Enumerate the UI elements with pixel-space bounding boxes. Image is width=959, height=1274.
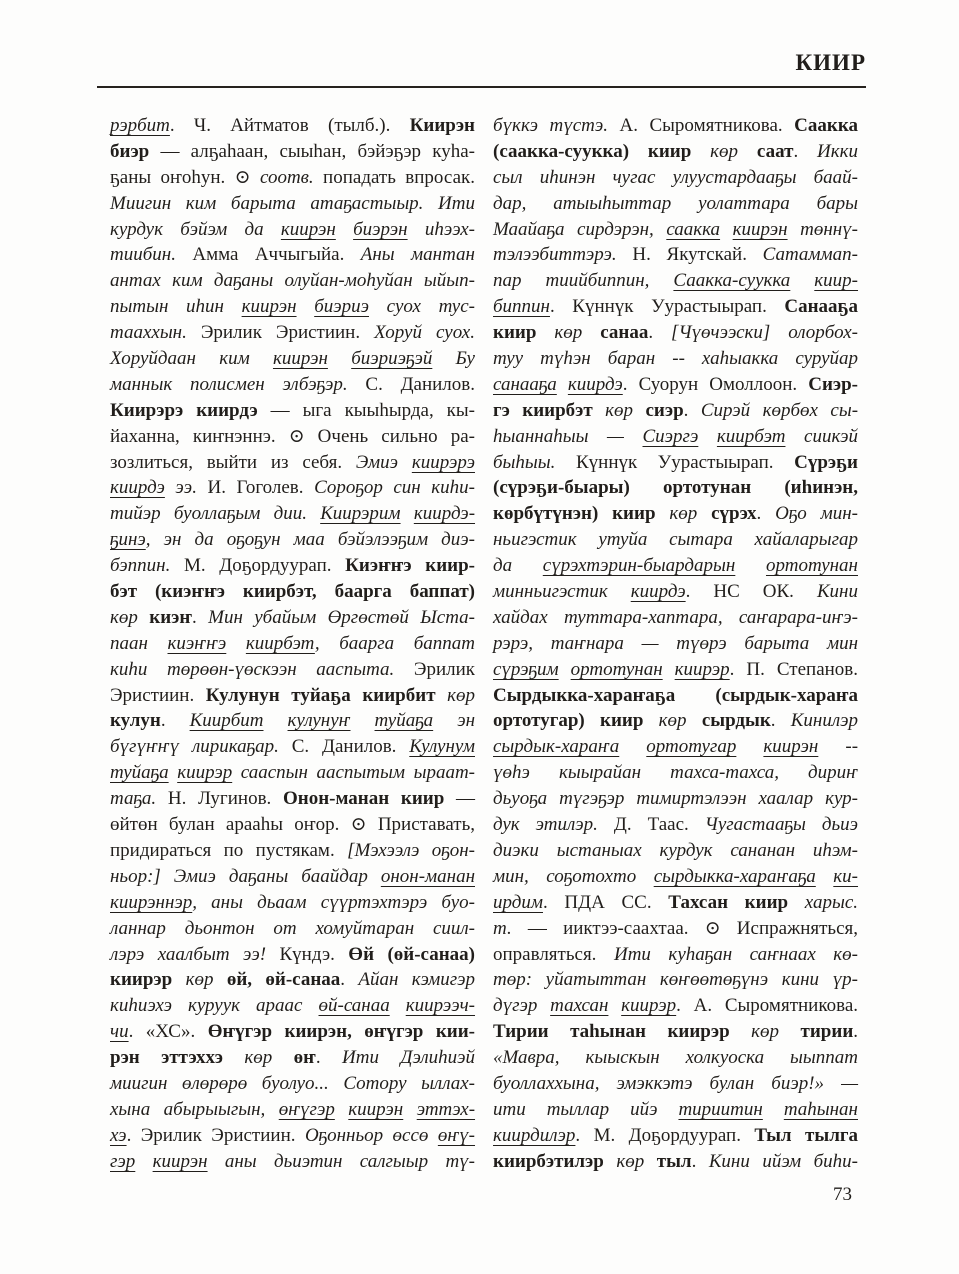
text-segment-r: . — [757, 503, 776, 524]
text-segment-r: . — [340, 969, 358, 990]
text-segment-u: өй-санаа — [319, 995, 390, 1016]
text-segment-u: киирэннэр — [110, 892, 192, 913]
text-line: хэ. Эрилик Эристиин. Оҕонньор өссө өҥү- — [110, 1123, 475, 1149]
text-segment-i: Ити куһаҕан саҥнаах кө- — [614, 944, 858, 965]
text-segment-r — [656, 503, 670, 524]
text-segment-i: лэрэ хаалбыт ээ! — [110, 944, 266, 965]
text-segment-i: Оҕонньор өссө — [305, 1125, 438, 1146]
text-segment-r: Амма Аччыгыйа. — [176, 244, 361, 265]
text-line: биэр — алҕаһаан, сыыһан, бэйэҕэр куһа- — [110, 139, 475, 165]
text-segment-u: саакка — [666, 219, 720, 240]
text-line: төр: уйатыттан көҥөөтөҕүнэ кини үр- — [493, 967, 858, 993]
text-line: гэр киирэн аны дьиэтин салгыыр тү- — [110, 1149, 475, 1175]
text-segment-b: өй, өй-санаа — [227, 969, 340, 990]
text-segment-u: биэриэҕэй — [351, 348, 432, 369]
text-column-left: рэрбит. Ч. Айтматов (тылб.). Киирэнбиэр … — [110, 113, 475, 1175]
text-line: тийэр буоллаҕым дии. Киирэрим киирдэ- — [110, 501, 475, 527]
text-segment-u: Сиэргэ — [643, 426, 699, 447]
text-segment-i: курдук бэйэм да — [110, 219, 281, 240]
text-segment-r: Эрилик — [394, 659, 475, 680]
text-segment-b: кулун — [110, 710, 161, 731]
text-segment-u: таһынан — [784, 1099, 858, 1120]
text-column-right: бүккэ түстэ. А. Сыромятникова. Саакка(са… — [493, 113, 858, 1175]
text-line: рэрэ, таҥнара — түөрэ барыта мин — [493, 631, 858, 657]
text-segment-i — [328, 348, 351, 369]
text-segment-r: С. Данилов. — [348, 374, 475, 395]
text-segment-b: Өҥүгэр киирэн, өҥүгэр кии- — [208, 1021, 475, 1042]
text-segment-r: зозлиться, выйти из себя. — [110, 452, 356, 473]
text-segment-u: ҕинэ — [110, 529, 146, 550]
text-line: паан киэҥҥэ киирбэт, баарга баппат — [110, 631, 475, 657]
text-segment-r: Н. Якутскай. — [617, 244, 763, 265]
text-line: киирдилэр. М. Доҕордуурап. Тыл тылга — [493, 1123, 858, 1149]
text-segment-i: Чугастааҕы дьиэ — [705, 814, 858, 835]
text-segment-i: киһиэхэ куруук араас — [110, 995, 319, 1016]
text-segment-i — [736, 736, 763, 757]
text-segment-u: биэрэн — [353, 219, 408, 240]
text-segment-i: дьуоҕа түгэҕэр тимиртэлээн хаалар кур- — [493, 788, 858, 809]
text-segment-i: иһээх- — [408, 219, 475, 240]
text-segment-i: Хоруй суох. — [374, 322, 475, 343]
text-segment-b: Санааҕа — [784, 296, 858, 317]
text-line: бүккэ түстэ. А. Сыромятникова. Саакка — [493, 113, 858, 139]
text-segment-r: . — [771, 710, 791, 731]
text-segment-b: (сүрэҕи-быары) ортотунан (иһинэн, — [493, 477, 858, 498]
text-segment-u: сырдык-хараҥа — [493, 736, 619, 757]
text-segment-b: киирбэтилэр — [493, 1151, 604, 1172]
text-segment-r: Эрилик Эристиин. — [187, 322, 374, 343]
text-segment-i: Эмиэ — [356, 452, 412, 473]
text-segment-i: «Мавра, кыыскын холкуоска ыыппат — [493, 1047, 858, 1068]
text-line: Маайаҕа сирдэрэн, саакка киирэн төннү- — [493, 217, 858, 243]
text-segment-b: киэҥ — [149, 607, 192, 628]
text-segment-u: киирдэ- — [414, 503, 475, 524]
text-line: Эристиин. Кулунун туйаҕа киирбит көр — [110, 683, 475, 709]
text-segment-u: киэҥҥэ — [168, 633, 227, 654]
text-segment-u: Саакка-суукка — [673, 270, 790, 291]
text-segment-i — [619, 736, 646, 757]
text-line: курдук бэйэм да киирэн биэрэн иһээх- — [110, 217, 475, 243]
text-segment-i: тиибин. — [110, 244, 176, 265]
running-head: КИИР — [97, 50, 866, 76]
text-segment-i: көр — [605, 400, 633, 421]
text-line: үөһэ кыырайан тахса-тахса, дириҥ — [493, 760, 858, 786]
text-line: таҕа. Н. Лугинов. Онон-манан киир — — [110, 786, 475, 812]
text-line: мин, соҕотохто сырдыкка-хараҥаҕа ки- — [493, 864, 858, 890]
text-segment-i: сыл иһинэн чугас улуустардааҕы баай- — [493, 167, 858, 188]
text-segment-i: Мин убайым Өргөстөй Ыста- — [208, 607, 475, 628]
text-segment-b: Онон-манан киир — [283, 788, 444, 809]
text-segment-i: туу түһэн баран -- хаһыакка суруйар — [493, 348, 858, 369]
text-segment-i: Кини ийэм биһи- — [709, 1151, 858, 1172]
text-segment-r — [643, 710, 658, 731]
text-segment-u: киирэр — [177, 762, 232, 783]
text-segment-r: Күннүк Уурастыырап. — [555, 452, 794, 473]
text-segment-i: пар тиийбиппин, — [493, 270, 673, 291]
text-segment-i: , эн да оҕоҕун маа бэйэлээҕим диэ- — [146, 529, 475, 550]
text-segment-i — [608, 995, 621, 1016]
text-segment-i: Хоруйдаан ким — [110, 348, 273, 369]
text-line: өйтөн булан арааһы оҥор. ⊙ Приставать, — [110, 812, 475, 838]
text-segment-i — [763, 1099, 784, 1120]
text-segment-r: . — [192, 607, 208, 628]
text-segment-r: . — [692, 1151, 709, 1172]
text-segment-r — [582, 322, 600, 343]
text-line: маннык полисмен элбэҕэр. С. Данилов. — [110, 372, 475, 398]
text-segment-i: төр: уйатыттан көҥөөтөҕүнэ кини үр- — [493, 969, 858, 990]
text-segment-r: попадать впросак. — [314, 167, 475, 188]
text-segment-i: пытын иһин — [110, 296, 242, 317]
text-segment-r: өйтөн булан арааһы оҥор. ⊙ Приставать, — [110, 814, 475, 835]
text-segment-i: , аны дьаам сүүртэхтэрэ буо- — [192, 892, 475, 913]
text-segment-i: минньигэстик — [493, 581, 631, 602]
text-segment-u: киирдэ — [110, 477, 165, 498]
text-segment-i — [390, 995, 406, 1016]
text-segment-i: көр — [110, 607, 138, 628]
text-line: биппин. Күннүк Уурастыырап. Санааҕа — [493, 294, 858, 320]
text-segment-b: рэн эттэххэ — [110, 1047, 223, 1068]
text-segment-i: Маайаҕа сирдэрэн, — [493, 219, 666, 240]
text-segment-i: ээ. — [165, 477, 197, 498]
text-segment-u: кулунуҥ — [288, 710, 351, 731]
text-line: сыл иһинэн чугас улуустардааҕы баай- — [493, 165, 858, 191]
text-segment-b: Өй (өй-санаа) — [348, 944, 475, 965]
text-segment-b: киирэр — [110, 969, 172, 990]
text-line: т. — ииктээ-саахтаа. ⊙ Испражняться, — [493, 916, 858, 942]
text-segment-i: бэппин. — [110, 555, 170, 576]
text-line: сүрэҕим ортотунан киирэр. П. Степанов. — [493, 657, 858, 683]
text-segment-r: — ииктээ-саахтаа. ⊙ Испражняться, — [512, 918, 858, 939]
text-segment-u: ортотугар — [646, 736, 736, 757]
text-segment-r — [223, 1047, 244, 1068]
text-line: киирэннэр, аны дьаам сүүртэхтэрэ буо- — [110, 890, 475, 916]
text-segment-b: тыл — [657, 1151, 692, 1172]
text-segment-b: бэт (киэҥҥэ киирбэт, баарга баппат) — [110, 581, 475, 602]
text-segment-u: киирэр — [675, 659, 730, 680]
text-segment-i — [169, 762, 178, 783]
text-segment-u: киир- — [814, 270, 858, 291]
text-segment-u: киирдилэр — [493, 1125, 575, 1146]
text-line: ньигэстик утуйа сытара хайаларыгар — [493, 527, 858, 553]
text-line: киирдэ ээ. И. Гоголев. Сороҕор син киһи- — [110, 475, 475, 501]
text-segment-i: көр — [669, 503, 697, 524]
text-line: дьуоҕа түгэҕэр тимиртэлээн хаалар кур- — [493, 786, 858, 812]
text-line: дар, атыыһыттар уолаттара бары — [493, 191, 858, 217]
text-segment-i: дук этилэр. — [493, 814, 598, 835]
text-segment-i: ити тыллар ийэ — [493, 1099, 678, 1120]
text-segment-i: Кини — [817, 581, 858, 602]
text-segment-u: сүрэҕим — [493, 659, 559, 680]
text-segment-r: . Күннүк Уурастыырап. — [550, 296, 784, 317]
text-line: кулун. Киирбит кулунуҥ туйаҕа эн — [110, 708, 475, 734]
text-segment-u: сырдыкка-хараҥаҕа — [654, 866, 816, 887]
text-segment-u: киирэн — [273, 348, 328, 369]
text-segment-i — [735, 555, 766, 576]
text-segment-i: [Чүөчээски] олорбох- — [671, 322, 858, 343]
text-line: Киирэрэ киирдэ — ыга кыыһырда, кы- — [110, 398, 475, 424]
text-segment-i: мин, соҕотохто — [493, 866, 654, 887]
text-segment-i: эн — [433, 710, 475, 731]
text-line: да сүрэхтэрин-быардарын ортотунан — [493, 553, 858, 579]
text-segment-r: . М. Доҕордуурап. — [575, 1125, 754, 1146]
text-segment-b: сырдык — [702, 710, 771, 731]
text-segment-i: ланнар дьонтон от хомуйтаран сиил- — [110, 918, 475, 939]
text-line: бүгүҥҥү лирикаҕар. С. Данилов. Кулунум — [110, 734, 475, 760]
text-segment-b: Тыл тылга — [754, 1125, 858, 1146]
text-line: ҕинэ, эн да оҕоҕун маа бэйэлээҕим диэ- — [110, 527, 475, 553]
text-segment-u: киирэн — [348, 1099, 403, 1120]
text-line: зозлиться, выйти из себя. Эмиэ киирэрэ — [110, 450, 475, 476]
text-segment-i: үөһэ кыырайан тахса-тахса, дириҥ — [493, 762, 858, 783]
text-segment-b: тирии — [801, 1021, 854, 1042]
text-segment-i: сааспын ааспытым ыраат- — [232, 762, 475, 783]
text-segment-r — [536, 322, 554, 343]
text-segment-i — [663, 659, 675, 680]
text-segment-r: Н. Лугинов. — [156, 788, 283, 809]
text-segment-i: киһи төрөөн-үөскээн ааспыта. — [110, 659, 394, 680]
header-rule — [97, 86, 866, 88]
text-segment-i — [557, 374, 568, 395]
text-segment-i: Миигин ким барыта атаҕастыыр. Ити — [110, 193, 475, 214]
text-line: дук этилэр. Д. Таас. Чугастааҕы дьиэ — [493, 812, 858, 838]
text-columns: рэрбит. Ч. Айтматов (тылб.). Киирэнбиэр … — [110, 113, 858, 1175]
text-segment-u: Кулунум — [409, 736, 475, 757]
text-line: дүгэр тахсан киирэр. А. Сыромятникова. — [493, 993, 858, 1019]
text-segment-i: төннү- — [788, 219, 858, 240]
text-line: пар тиийбиппин, Саакка-суукка киир- — [493, 268, 858, 294]
text-segment-i: Сирэй көрбөх сы- — [701, 400, 858, 421]
text-segment-r: . Эрилик Эристиин. — [127, 1125, 305, 1146]
text-segment-b: Киирэрэ киирдэ — [110, 400, 258, 421]
text-segment-r — [633, 400, 645, 421]
text-segment-u: киирэн — [733, 219, 788, 240]
text-segment-i: [Мэхээлэ оҕон- — [347, 840, 475, 861]
text-segment-i: диэки ыстаныах курдук сананан иһэм- — [493, 840, 858, 861]
text-segment-i: паан — [110, 633, 168, 654]
text-segment-i: бүккэ түстэ. — [493, 115, 608, 136]
text-segment-i: көр — [244, 1047, 272, 1068]
text-line: буоллаххына, эмэккэтэ булан биэр!» — — [493, 1071, 858, 1097]
text-line: киир көр санаа. [Чүөчээски] олорбох- — [493, 320, 858, 346]
text-line: туу түһэн баран -- хаһыакка суруйар — [493, 346, 858, 372]
text-segment-i — [401, 503, 414, 524]
text-segment-i: көр — [554, 322, 582, 343]
text-segment-r: — ыга кыыһырда, кы- — [258, 400, 475, 421]
text-segment-i — [264, 710, 288, 731]
text-segment-b: Сырдыкка-хараҥаҕа (сырдык-хараҥа — [493, 685, 858, 706]
text-segment-r — [436, 685, 448, 706]
text-segment-r — [691, 141, 710, 162]
text-segment-i: тааххын. — [110, 322, 187, 343]
text-segment-r: — — [444, 788, 475, 809]
text-segment-u: тириитин — [678, 1099, 762, 1120]
text-segment-b: Сиэр- — [808, 374, 858, 395]
text-segment-b: Киирэн — [410, 115, 475, 136]
text-segment-u: хэ — [110, 1125, 127, 1146]
text-line: рэрбит. Ч. Айтматов (тылб.). Киирэн — [110, 113, 475, 139]
text-segment-i: көр — [659, 710, 687, 731]
text-segment-u: Киирэрим — [320, 503, 400, 524]
text-segment-i: Икки — [817, 141, 858, 162]
text-segment-u: киирэн — [763, 736, 818, 757]
text-segment-u: киирбэт — [717, 426, 786, 447]
text-segment-r: . Суорун Омоллоон. — [623, 374, 808, 395]
text-segment-u: киирбэт — [246, 633, 315, 654]
text-segment-r — [730, 1021, 752, 1042]
text-segment-u: киирэрэ — [412, 452, 475, 473]
text-segment-i — [816, 866, 834, 887]
text-line: бэппин. М. Доҕордуурап. Киэҥҥэ киир- — [110, 553, 475, 579]
text-line: санааҕа киирдэ. Суорун Омоллоон. Сиэр- — [493, 372, 858, 398]
text-segment-i: буоллаххына, эмэккэтэ булан биэр!» — — [493, 1073, 858, 1094]
text-segment-r: А. Сыромятникова. — [608, 115, 794, 136]
text-segment-i — [297, 296, 315, 317]
text-segment-u: эттэх- — [417, 1099, 475, 1120]
text-segment-r — [172, 969, 185, 990]
text-segment-i — [403, 1099, 416, 1120]
text-segment-u: туйаҕа — [375, 710, 434, 731]
text-segment-b: өҥ — [294, 1047, 316, 1068]
text-segment-u: санааҕа — [493, 374, 557, 395]
text-segment-r: М. Доҕордуурап. — [170, 555, 345, 576]
text-segment-r: . НС ОК. — [686, 581, 817, 602]
text-segment-i: тийэр буоллаҕым дии. — [110, 503, 320, 524]
text-line: хайдах туттара-хаптара, саҥарара-иҥэ- — [493, 605, 858, 631]
text-segment-r: . — [853, 1021, 858, 1042]
text-segment-u: онон-манан — [381, 866, 475, 887]
text-segment-u: киирдэ — [631, 581, 686, 602]
text-segment-i: ньигэстик утуйа сытара хайаларыгар — [493, 529, 858, 550]
text-segment-b: Кулунун туйаҕа киирбит — [206, 685, 436, 706]
text-segment-i — [351, 710, 375, 731]
text-segment-i — [698, 426, 717, 447]
text-line: рэн эттэххэ көр өҥ. Ити Дэлиһиэй — [110, 1045, 475, 1071]
text-line: оправляться. Ити куһаҕан саҥнаах кө- — [493, 942, 858, 968]
text-segment-i: миигин өлөрөрө буолуо... Сотору ыллах- — [110, 1073, 475, 1094]
text-segment-r: придираться по пустякам. — [110, 840, 347, 861]
text-segment-r — [697, 503, 711, 524]
text-line: киирэр көр өй, өй-санаа. Айан кэмигэр — [110, 967, 475, 993]
text-segment-i: да — [493, 555, 543, 576]
text-segment-i: Ити Дэлиһиэй — [342, 1047, 475, 1068]
text-segment-i: хайдах туттара-хаптара, саҥарара-иҥэ- — [493, 607, 858, 628]
text-line: минньигэстик киирдэ. НС ОК. Кини — [493, 579, 858, 605]
text-segment-i: сиикэй — [785, 426, 858, 447]
text-segment-r — [604, 1151, 617, 1172]
text-segment-u: киирэн — [281, 219, 336, 240]
text-line: (саакка-суукка) киир көр саат. Икки — [493, 139, 858, 165]
text-segment-r: Күндэ. — [266, 944, 348, 965]
text-line: Миигин ким барыта атаҕастыыр. Ити — [110, 191, 475, 217]
text-segment-i: һыаннаһыы — — [493, 426, 643, 447]
text-segment-b: Саакка — [794, 115, 858, 136]
text-line: хына абырыыгын, өҥүгэр киирэн эттэх- — [110, 1097, 475, 1123]
text-segment-r: И. Гоголев. — [197, 477, 314, 498]
text-segment-i — [226, 633, 246, 654]
text-segment-r — [788, 892, 805, 913]
text-line: бэт (киэҥҥэ киирбэт, баарга баппат) — [110, 579, 475, 605]
text-segment-r: . П. Степанов. — [730, 659, 858, 680]
text-segment-r: . — [684, 400, 701, 421]
text-line: ирдим. ПДА СС. Тахсан киир харыс. — [493, 890, 858, 916]
text-segment-r — [738, 141, 757, 162]
text-segment-i — [720, 219, 733, 240]
text-line: диэки ыстаныах курдук сананан иһэм- — [493, 838, 858, 864]
text-segment-b: Сүрэҕи — [794, 452, 858, 473]
text-line: ортотугар) киир көр сырдык. Кинилэр — [493, 708, 858, 734]
text-segment-u: ки- — [833, 866, 858, 887]
text-segment-i: бүгүҥҥү лирикаҕар. — [110, 736, 279, 757]
text-segment-i: Аны мантан — [361, 244, 475, 265]
text-segment-r: . — [316, 1047, 342, 1068]
text-segment-i: рэрэ, таҥнара — түөрэ барыта мин — [493, 633, 858, 654]
text-line: киһи төрөөн-үөскээн ааспыта. Эрилик — [110, 657, 475, 683]
text-segment-r — [779, 1021, 801, 1042]
text-line: Сырдыкка-хараҥаҕа (сырдык-хараҥа — [493, 683, 858, 709]
text-segment-r: . — [648, 322, 671, 343]
text-line: тиибин. Амма Аччыгыйа. Аны мантан — [110, 242, 475, 268]
text-segment-i: суох тус- — [369, 296, 475, 317]
text-segment-b: биэр — [110, 141, 149, 162]
text-segment-i: көр — [710, 141, 738, 162]
text-line: лэрэ хаалбыт ээ! Күндэ. Өй (өй-санаа) — [110, 942, 475, 968]
text-line: ҕаны оҥоһун. ⊙ соотв. попадать впросак. — [110, 165, 475, 191]
text-segment-i: маннык полисмен элбэҕэр. — [110, 374, 348, 395]
text-line: киһиэхэ куруук араас өй-санаа киирээч- — [110, 993, 475, 1019]
text-segment-i: ньор:] Эмиэ даҕаны баайдар — [110, 866, 381, 887]
text-segment-i — [135, 1151, 152, 1172]
text-segment-i: көр — [616, 1151, 644, 1172]
text-segment-i: Кинилэр — [791, 710, 858, 731]
text-segment-i: таҕа. — [110, 788, 156, 809]
text-segment-r — [593, 400, 605, 421]
text-line: йаханна, киҥнэннэ. ⊙ Очень сильно ра- — [110, 424, 475, 450]
text-segment-i: Айан кэмигэр — [358, 969, 475, 990]
text-segment-i: Оҕо мин- — [775, 503, 858, 524]
text-line: чи. «ХС». Өҥүгэр киирэн, өҥүгэр кии- — [110, 1019, 475, 1045]
text-segment-i — [790, 270, 814, 291]
text-segment-r: . «ХС». — [129, 1021, 208, 1042]
text-segment-i: , баарга баппат — [315, 633, 475, 654]
text-segment-i: тэлээбиттэрэ. — [493, 244, 617, 265]
text-segment-u: киирэн — [242, 296, 297, 317]
text-line: ньор:] Эмиэ даҕаны баайдар онон-манан — [110, 864, 475, 890]
text-segment-b: Киэҥҥэ киир- — [345, 555, 475, 576]
text-line: тэлээбиттэрэ. Н. Якутскай. Сатаммап- — [493, 242, 858, 268]
text-segment-i: харыс. — [805, 892, 858, 913]
text-segment-u: тахсан — [550, 995, 608, 1016]
text-segment-b: саат — [757, 141, 794, 162]
text-segment-u: ирдим — [493, 892, 543, 913]
text-line: придираться по пустякам. [Мэхээлэ оҕон- — [110, 838, 475, 864]
text-line: киирбэтилэр көр тыл. Кини ийэм биһи- — [493, 1149, 858, 1175]
text-segment-r — [644, 1151, 657, 1172]
text-segment-u: гэр — [110, 1151, 135, 1172]
text-segment-i: антах ким даҕаны олуйан-моһуйан ыйып- — [110, 270, 475, 291]
text-line: сырдык-хараҥа ортотугар киирэн -- — [493, 734, 858, 760]
text-segment-r: . Ч. Айтматов (тылб.). — [170, 115, 410, 136]
text-line: антах ким даҕаны олуйан-моһуйан ыйып- — [110, 268, 475, 294]
text-segment-i: дар, атыыһыттар уолаттара бары — [493, 193, 858, 214]
text-segment-b: Тахсан киир — [668, 892, 788, 913]
text-segment-u: өҥү- — [438, 1125, 475, 1146]
text-segment-r: Эристиин. — [110, 685, 206, 706]
text-segment-i: быһыы. — [493, 452, 555, 473]
text-segment-b: көрбүтүнэн) киир — [493, 503, 656, 524]
text-line: һыаннаһыы — Сиэргэ киирбэт сиикэй — [493, 424, 858, 450]
text-segment-r: . — [161, 710, 190, 731]
text-line: Хоруйдаан ким киирэн биэриэҕэй Бу — [110, 346, 475, 372]
